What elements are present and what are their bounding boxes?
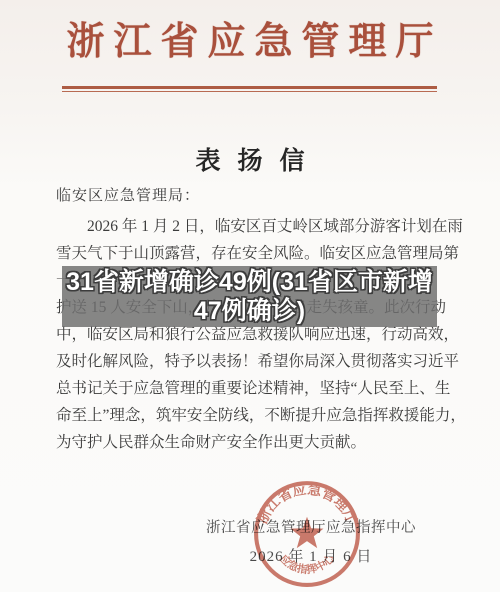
letter-body: 2026 年 1 月 2 日，临安区百丈岭区域部分游客计划在雨 雪天气下于山顶露… xyxy=(56,213,446,456)
letter-line: 总书记关于应急管理的重要论述精神，坚持“人民至上、生 xyxy=(56,375,446,402)
news-headline-text: 31省新增确诊49例(31省区市新增47例确诊) xyxy=(64,268,435,326)
letterhead-divider xyxy=(62,86,437,92)
signature-org: 浙江省应急管理厅应急指挥中心 xyxy=(161,516,461,537)
letter-title: 表扬信 xyxy=(0,141,500,177)
signature-date: 2026 年 1 月 6 日 xyxy=(161,545,461,566)
letter-line: 2026 年 1 月 2 日，临安区百丈岭区域部分游客计划在雨 xyxy=(56,213,446,240)
letter-line: 命至上”理念，筑牢安全防线，不断提升应急指挥救援能力， xyxy=(56,402,446,429)
letter-line: 及时化解风险，特予以表扬！希望你局深入贯彻落实习近平 xyxy=(56,348,446,375)
document-photo: 浙江省应急管理厅 表扬信 临安区应急管理局： 2026 年 1 月 2 日，临安… xyxy=(0,0,500,592)
letterhead-org-name: 浙江省应急管理厅 xyxy=(0,16,500,68)
letter-salutation: 临安区应急管理局： xyxy=(56,184,200,205)
letter-line: 为守护人民群众生命财产安全作出更大贡献。 xyxy=(56,429,446,456)
letter-line: 雪天气下于山顶露营，存在安全风险。临安区应急管理局第 xyxy=(56,240,446,267)
news-headline-banner: 31省新增确诊49例(31省区市新增47例确诊) xyxy=(62,266,437,327)
